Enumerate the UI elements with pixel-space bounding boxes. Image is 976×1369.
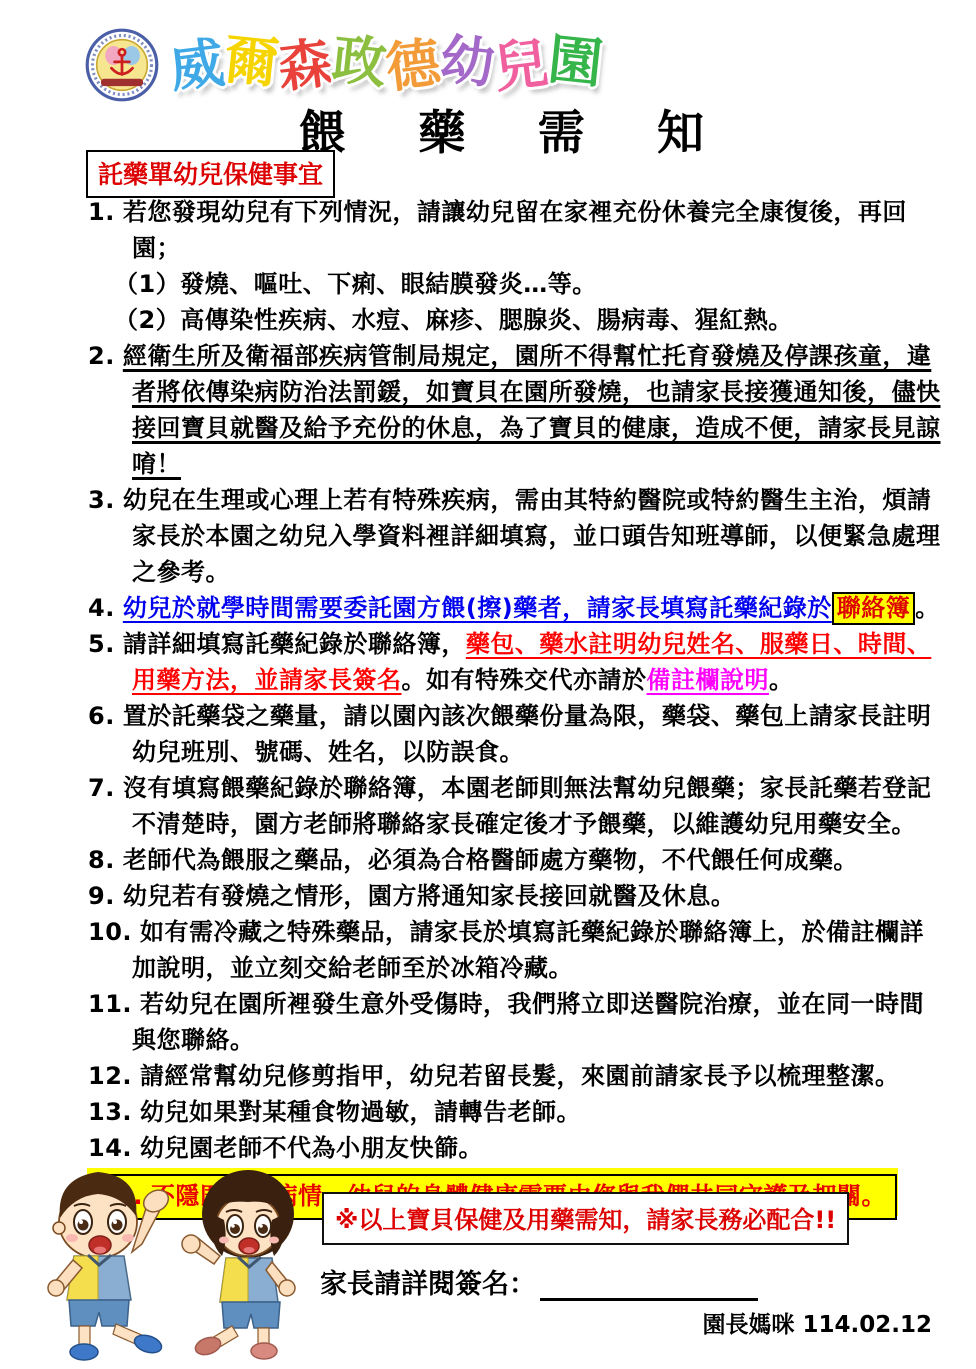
notice-item: 11.若幼兒在園所裡發生意外受傷時，我們將立即送醫院治療，並在同一時間與您聯絡。 xyxy=(88,986,944,1058)
item-number: 5. xyxy=(88,630,115,658)
signoff: 園長媽咪 114.02.12 xyxy=(702,1306,932,1339)
item-number: 4. xyxy=(88,594,115,622)
signature-blank-line xyxy=(540,1270,758,1301)
signature-row: 家長請詳閱簽名： xyxy=(320,1262,758,1301)
logo-char: 威 xyxy=(167,36,227,96)
item-number: 1. xyxy=(88,198,115,226)
item-number: 3. xyxy=(88,486,115,514)
text-segment: 若您發現幼兒有下列情況，請讓幼兒留在家裡充份休養完全康復後，再回園； xyxy=(123,198,907,262)
item-number: 7. xyxy=(88,774,115,802)
children-illustration xyxy=(36,1156,326,1366)
logo-char: 爾 xyxy=(222,32,281,91)
text-segment: 老師代為餵服之藥品，必須為合格醫師處方藥物，不代餵任何成藥。 xyxy=(123,846,858,874)
section-header-label: 託藥單幼兒保健事宜 xyxy=(98,160,323,189)
notice-item: 4.幼兒於就學時間需要委託園方餵(擦)藥者，請家長填寫託藥紀錄於聯絡簿。 xyxy=(88,590,944,626)
notice-item: （2）高傳染性疾病、水痘、麻疹、腮腺炎、腸病毒、猩紅熱。 xyxy=(114,302,944,338)
item-number: 12. xyxy=(88,1062,132,1090)
text-segment: 幼兒於就學時間需要委託園方餵(擦)藥者，請家長填寫託藥紀錄於 xyxy=(123,594,832,622)
parent-notice-text: ※以上寶貝保健及用藥需知，請家長務必配合!! xyxy=(335,1206,836,1234)
notice-list: 1.若您發現幼兒有下列情況，請讓幼兒留在家裡充份休養完全康復後，再回園；（1）發… xyxy=(88,194,944,1220)
item-number: 9. xyxy=(88,882,115,910)
notice-item: 10.如有需冷藏之特殊藥品，請家長於填寫託藥紀錄於聯絡簿上，於備註欄詳加說明，並… xyxy=(88,914,944,986)
school-badge-icon xyxy=(84,26,160,104)
notice-item: （1）發燒、嘔吐、下痢、眼結膜發炎…等。 xyxy=(114,266,944,302)
text-segment: 。如有特殊交代亦請於 xyxy=(402,666,647,694)
text-segment: 幼兒若有發燒之情形，園方將通知家長接回就醫及休息。 xyxy=(123,882,736,910)
boy-cartoon xyxy=(48,1172,172,1360)
children-cartoon-image xyxy=(36,1156,326,1366)
text-segment: 如有需冷藏之特殊藥品，請家長於填寫託藥紀錄於聯絡簿上，於備註欄詳加說明，並立刻交… xyxy=(132,918,924,982)
section-header-box: 託藥單幼兒保健事宜 xyxy=(86,150,335,198)
school-logo: 威爾森政德幼兒園 xyxy=(84,26,602,104)
notice-item: 1.若您發現幼兒有下列情況，請讓幼兒留在家裡充份休養完全康復後，再回園； xyxy=(88,194,944,266)
item-number: 8. xyxy=(88,846,115,874)
text-segment: （1）發燒、嘔吐、下痢、眼結膜發炎…等。 xyxy=(114,270,597,298)
school-name-logo: 威爾森政德幼兒園 xyxy=(170,38,602,92)
item-number: 10. xyxy=(88,918,132,946)
logo-char: 森 xyxy=(275,36,335,96)
text-segment: （2）高傳染性疾病、水痘、麻疹、腮腺炎、腸病毒、猩紅熱。 xyxy=(114,306,793,334)
logo-char: 園 xyxy=(546,32,605,91)
text-segment: 請詳細填寫託藥紀錄於聯絡簿， xyxy=(123,630,466,658)
logo-char: 德 xyxy=(383,36,443,96)
notice-item: 12.請經常幫幼兒修剪指甲，幼兒若留長髮，來園前請家長予以梳理整潔。 xyxy=(88,1058,944,1094)
notice-item: 13.幼兒如果對某種食物過敏，請轉告老師。 xyxy=(88,1094,944,1130)
item-number: 13. xyxy=(88,1098,132,1126)
notice-item: 2.經衛生所及衛福部疾病管制局規定，園所不得幫忙托育發燒及停課孩童，違者將依傳染… xyxy=(88,338,944,482)
item-number: 6. xyxy=(88,702,115,730)
text-segment: 備註欄說明 xyxy=(647,666,770,694)
text-segment: 。 xyxy=(915,594,940,622)
parent-notice-box: ※以上寶貝保健及用藥需知，請家長務必配合!! xyxy=(322,1192,849,1245)
text-segment: 聯絡簿 xyxy=(832,592,916,625)
text-segment: 沒有填寫餵藥紀錄於聯絡簿，本園老師則無法幫幼兒餵藥；家長託藥若登記不清楚時，園方… xyxy=(123,774,932,838)
notice-item: 6.置於託藥袋之藥量，請以園內該次餵藥份量為限，藥袋、藥包上請家長註明幼兒班別、… xyxy=(88,698,944,770)
signature-label: 家長請詳閱簽名： xyxy=(320,1269,536,1300)
text-segment: 幼兒在生理或心理上若有特殊疾病，需由其特約醫院或特約醫生主治，煩請家長於本園之幼… xyxy=(123,486,941,586)
item-number: 2. xyxy=(88,342,115,370)
page: 威爾森政德幼兒園 餵 藥 需 知 託藥單幼兒保健事宜 1.若您發現幼兒有下列情況… xyxy=(0,0,976,1369)
notice-item: 3.幼兒在生理或心理上若有特殊疾病，需由其特約醫院或特約醫生主治，煩請家長於本園… xyxy=(88,482,944,590)
logo-char: 兒 xyxy=(491,36,551,96)
notice-item: 5.請詳細填寫託藥紀錄於聯絡簿，藥包、藥水註明幼兒姓名、服藥日、時間、用藥方法，… xyxy=(88,626,944,698)
logo-char: 幼 xyxy=(438,32,497,91)
item-number: 11. xyxy=(88,990,132,1018)
notice-item: 9.幼兒若有發燒之情形，園方將通知家長接回就醫及休息。 xyxy=(88,878,944,914)
text-segment: 幼兒如果對某種食物過敏，請轉告老師。 xyxy=(140,1098,581,1126)
logo-char: 政 xyxy=(330,32,389,91)
text-segment: 經衛生所及衛福部疾病管制局規定，園所不得幫忙托育發燒及停課孩童，違者將依傳染病防… xyxy=(123,342,941,478)
text-segment: 。 xyxy=(769,666,794,694)
text-segment: 請經常幫幼兒修剪指甲，幼兒若留長髮，來園前請家長予以梳理整潔。 xyxy=(140,1062,900,1090)
girl-cartoon xyxy=(182,1170,295,1359)
text-segment: 置於託藥袋之藥量，請以園內該次餵藥份量為限，藥袋、藥包上請家長註明幼兒班別、號碼… xyxy=(123,702,932,766)
notice-item: 7.沒有填寫餵藥紀錄於聯絡簿，本園老師則無法幫幼兒餵藥；家長託藥若登記不清楚時，… xyxy=(88,770,944,842)
text-segment: 若幼兒在園所裡發生意外受傷時，我們將立即送醫院治療，並在同一時間與您聯絡。 xyxy=(132,990,924,1054)
notice-item: 8.老師代為餵服之藥品，必須為合格醫師處方藥物，不代餵任何成藥。 xyxy=(88,842,944,878)
